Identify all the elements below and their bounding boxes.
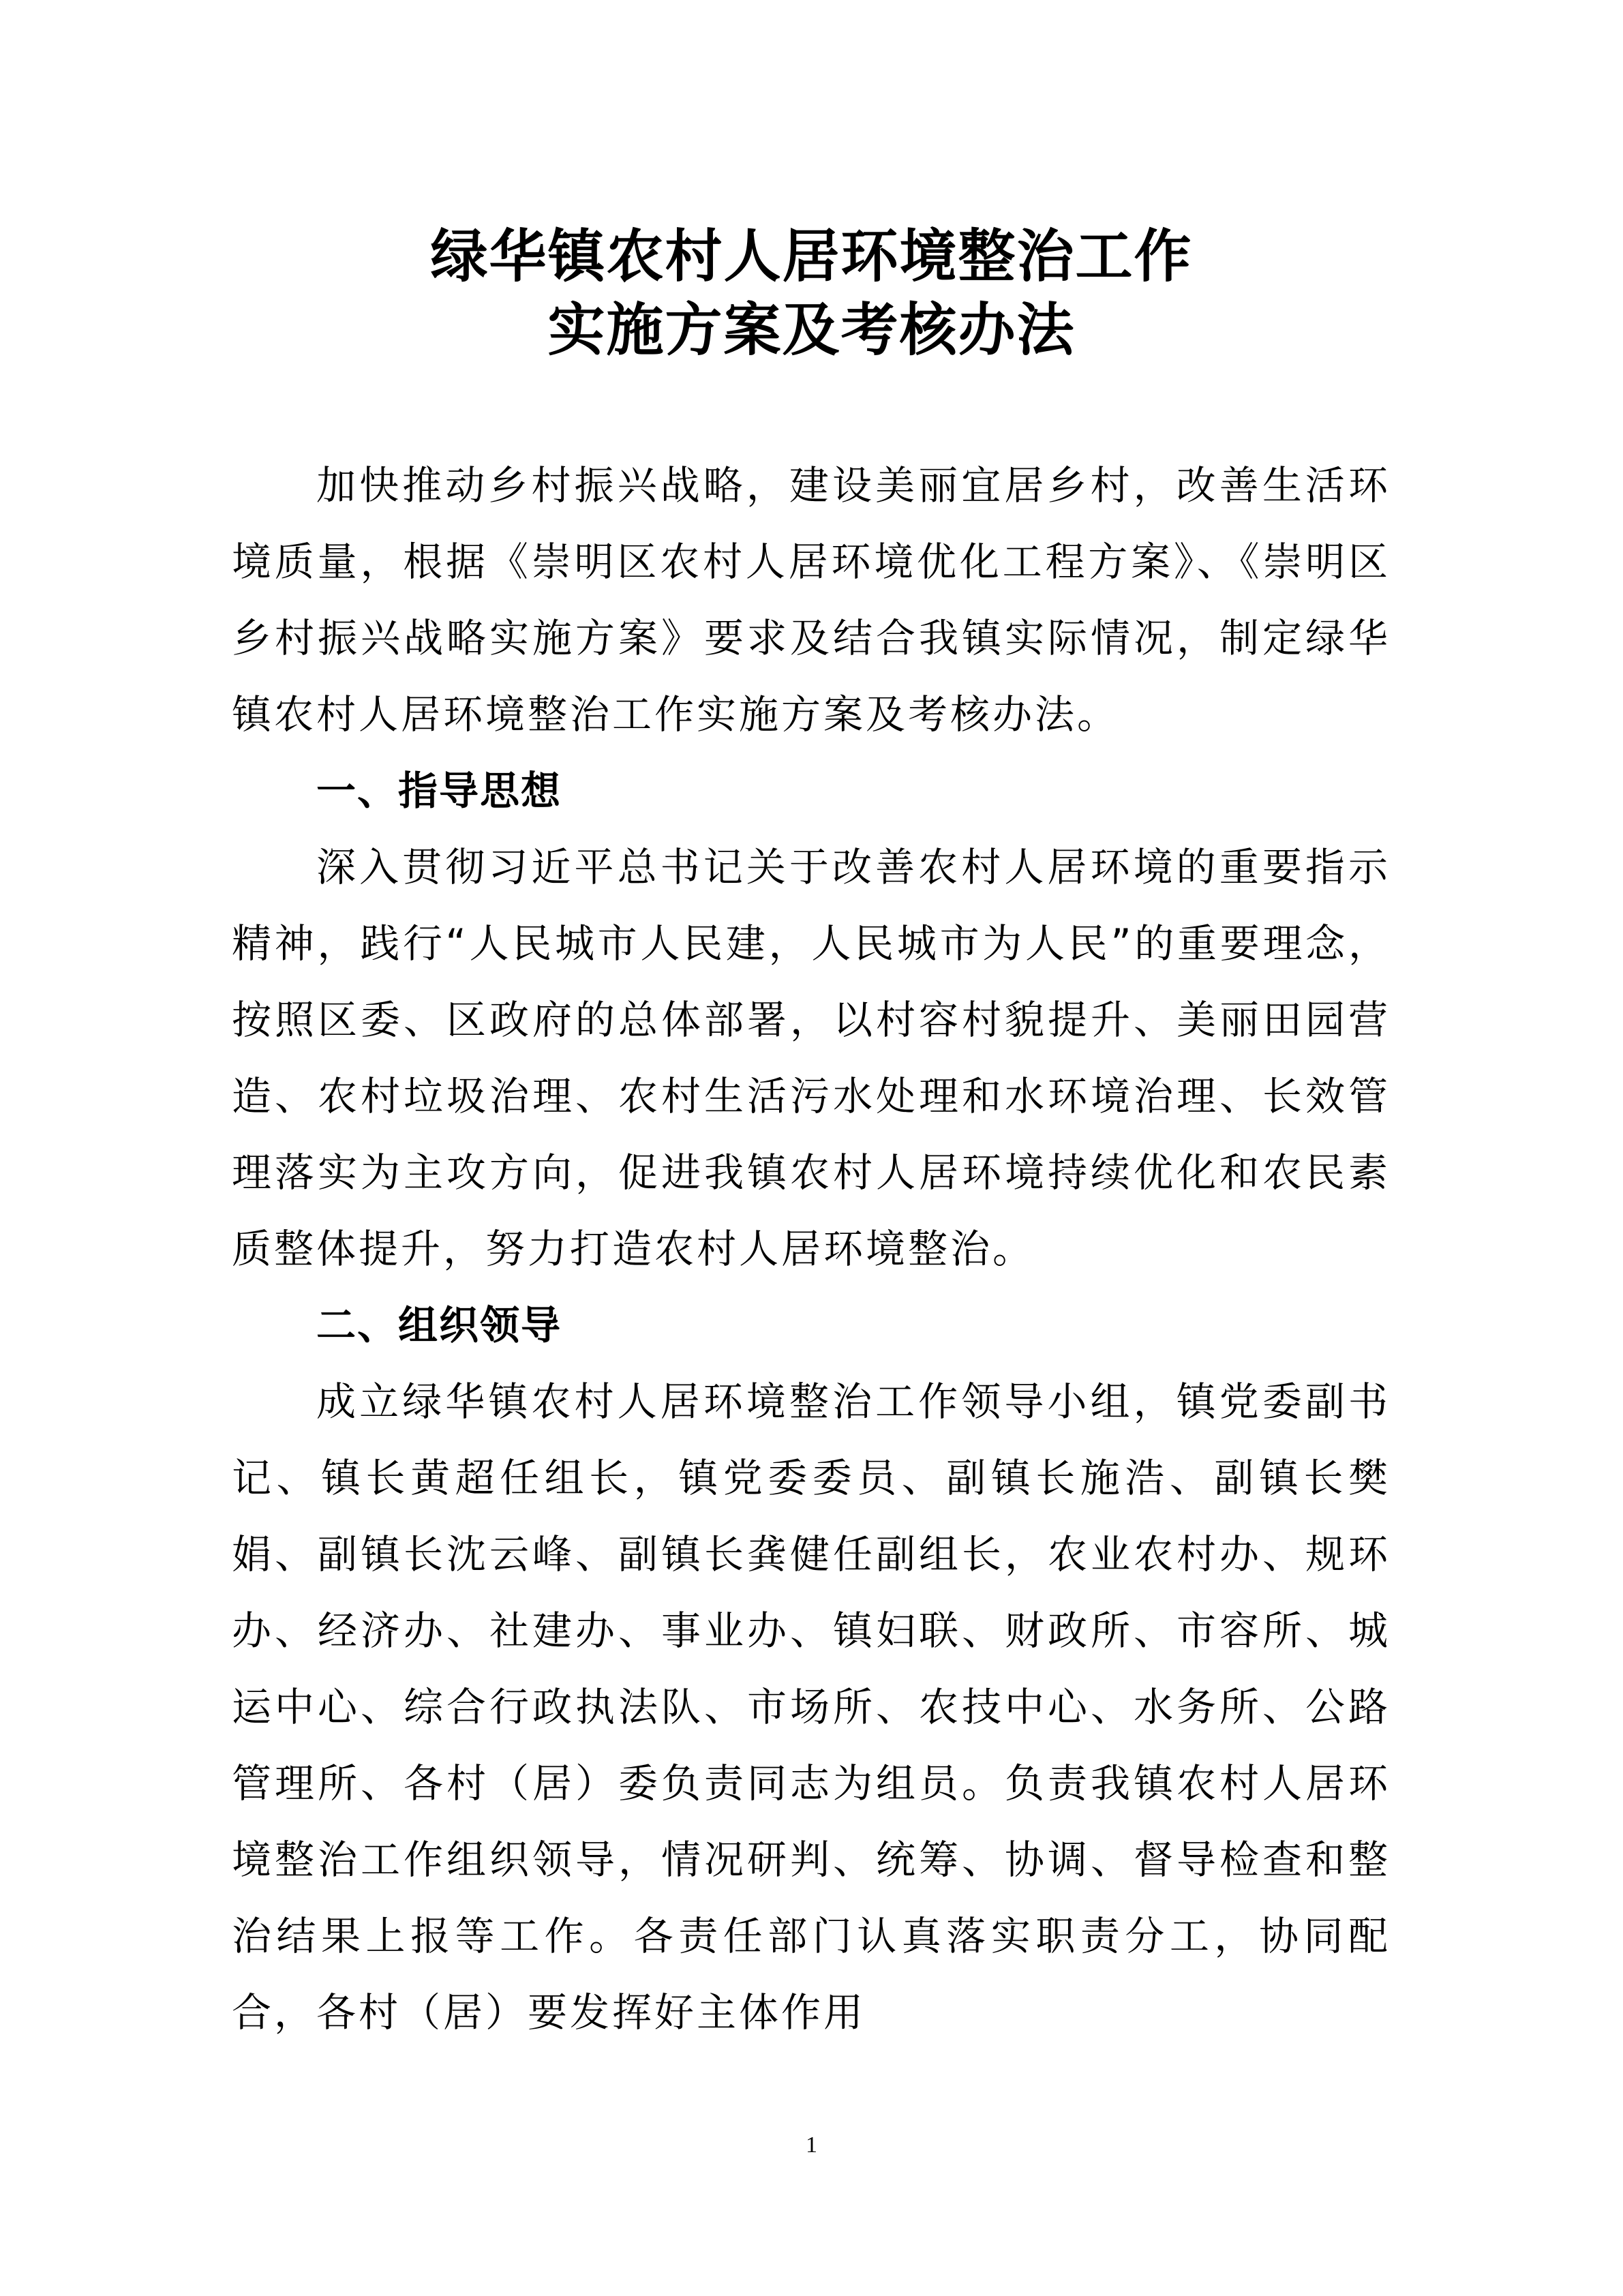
document-title-line-1: 绿华镇农村人居环境整治工作	[0, 218, 1623, 294]
document-body: 加快推动乡村振兴战略，建设美丽宜居乡村，改善生活环境质量，根据《崇明区农村人居环…	[232, 447, 1391, 2051]
document-title-line-2: 实施方案及考核办法	[0, 292, 1623, 368]
section-heading-guiding-ideology: 一、指导思想	[232, 753, 1391, 829]
section-heading-organization-leadership: 二、组织领导	[232, 1287, 1391, 1363]
section-body-organization-leadership: 成立绿华镇农村人居环境整治工作领导小组，镇党委副书记、镇长黄超任组长，镇党委委员…	[232, 1363, 1391, 2051]
intro-paragraph: 加快推动乡村振兴战略，建设美丽宜居乡村，改善生活环境质量，根据《崇明区农村人居环…	[232, 447, 1391, 753]
page-number: 1	[0, 2132, 1623, 2158]
section-body-guiding-ideology: 深入贯彻习近平总书记关于改善农村人居环境的重要指示精神，践行“人民城市人民建，人…	[232, 829, 1391, 1287]
document-page: 绿华镇农村人居环境整治工作 实施方案及考核办法 加快推动乡村振兴战略，建设美丽宜…	[0, 0, 1623, 2296]
